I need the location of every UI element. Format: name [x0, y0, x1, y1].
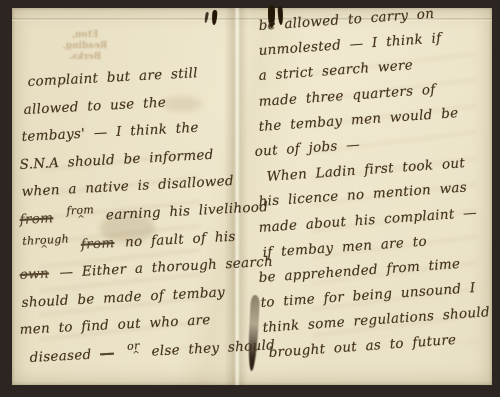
left-page-text: complaint but are stillallowed to use th… [20, 74, 228, 378]
letterhead-line: Eton, [40, 30, 130, 41]
letterhead-showthrough: Eton, Reading, Berks. [40, 30, 130, 63]
letter-scan: Eton, Reading, Berks. complaint but are … [0, 0, 500, 397]
word-run: be allowed to carry on [258, 6, 435, 34]
struck-word: own [19, 266, 49, 284]
word-run: complaint but are still [27, 65, 198, 90]
inserted-word: through [22, 232, 69, 247]
struck-word: from [19, 210, 53, 228]
struck-word: — [100, 346, 115, 363]
letterhead-line: Reading, [40, 41, 130, 52]
right-page-text: be allowed to carry onunmolested — I thi… [259, 18, 485, 371]
struck-word: from [80, 235, 114, 253]
inserted-word: or [127, 339, 140, 353]
inserted-word: from [66, 203, 94, 217]
letterhead-line: Berks. [40, 52, 130, 63]
ink-blot [211, 10, 217, 25]
word-run: diseased [29, 347, 92, 366]
letter-paper: Eton, Reading, Berks. complaint but are … [12, 8, 492, 385]
